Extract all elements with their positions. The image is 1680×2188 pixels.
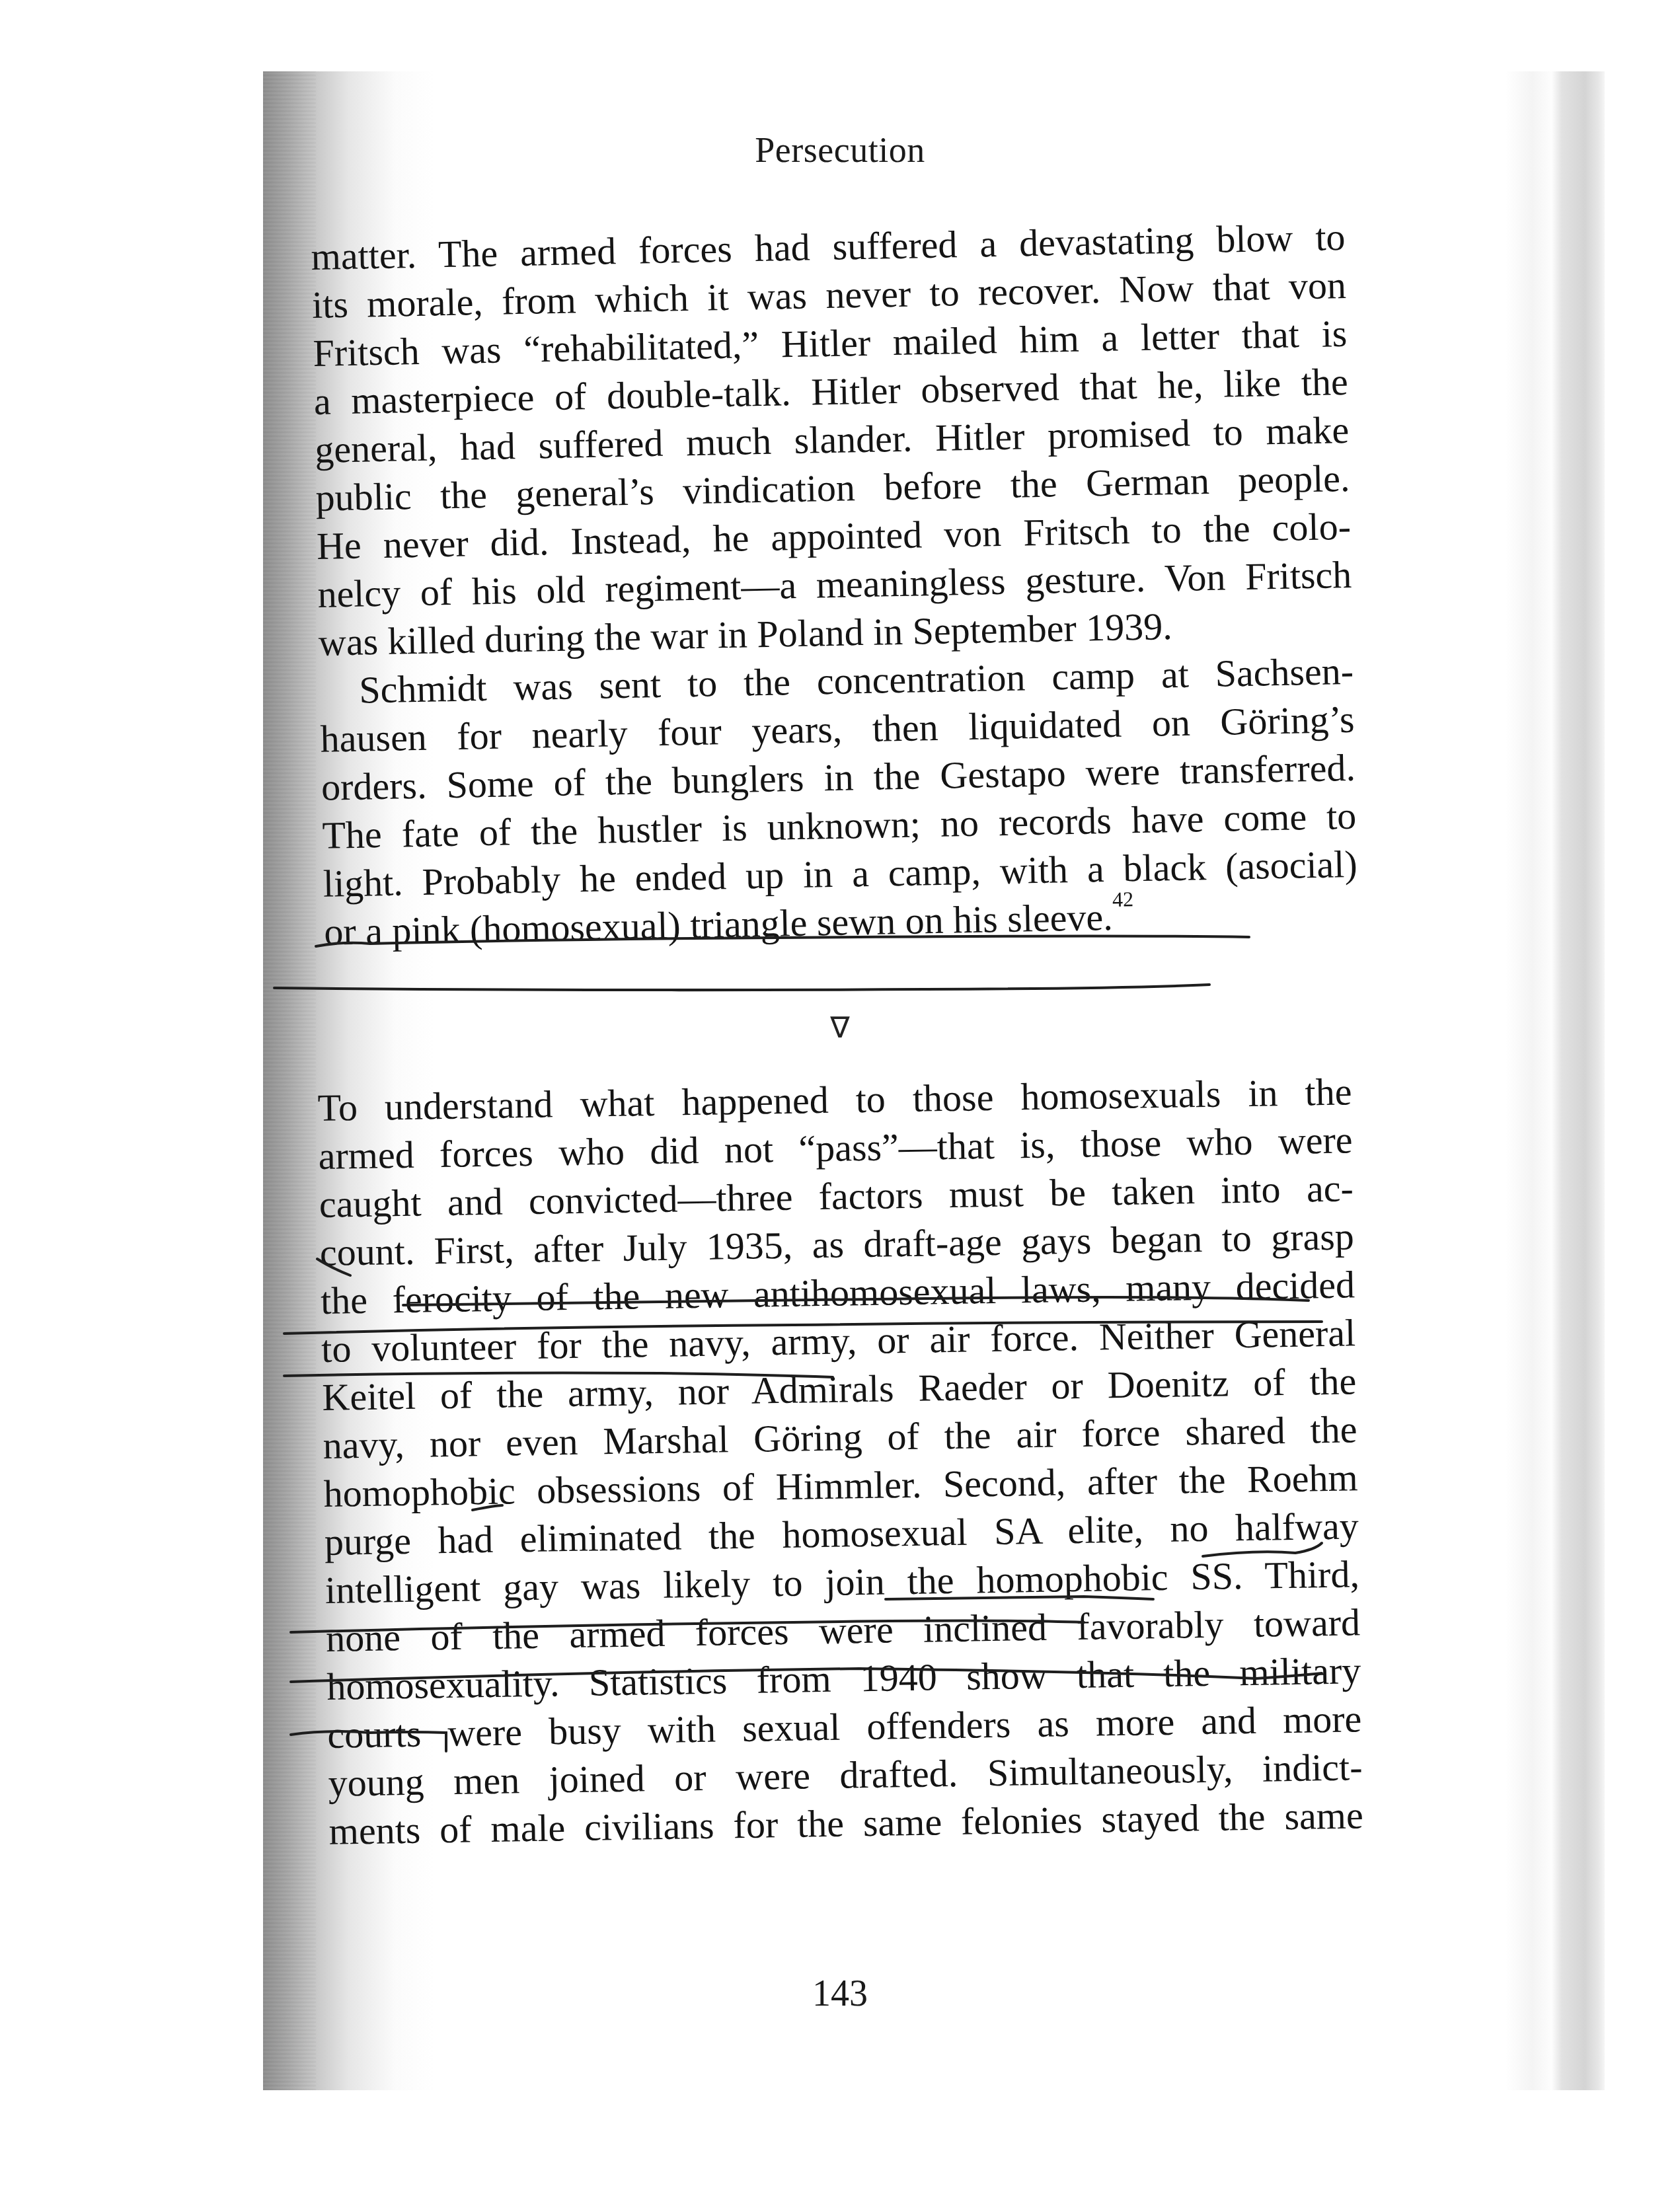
page-number: 143	[0, 1973, 1680, 2015]
paragraph-section-start: To understand what happened to those hom…	[317, 1067, 1363, 1855]
section-divider-triangle-icon: ∇	[0, 1011, 1680, 1045]
footnote-marker: 42	[1112, 887, 1134, 911]
paragraph-continued: matter. The armed forces had suffered a …	[311, 213, 1359, 956]
running-head: Persecution	[0, 130, 1680, 170]
